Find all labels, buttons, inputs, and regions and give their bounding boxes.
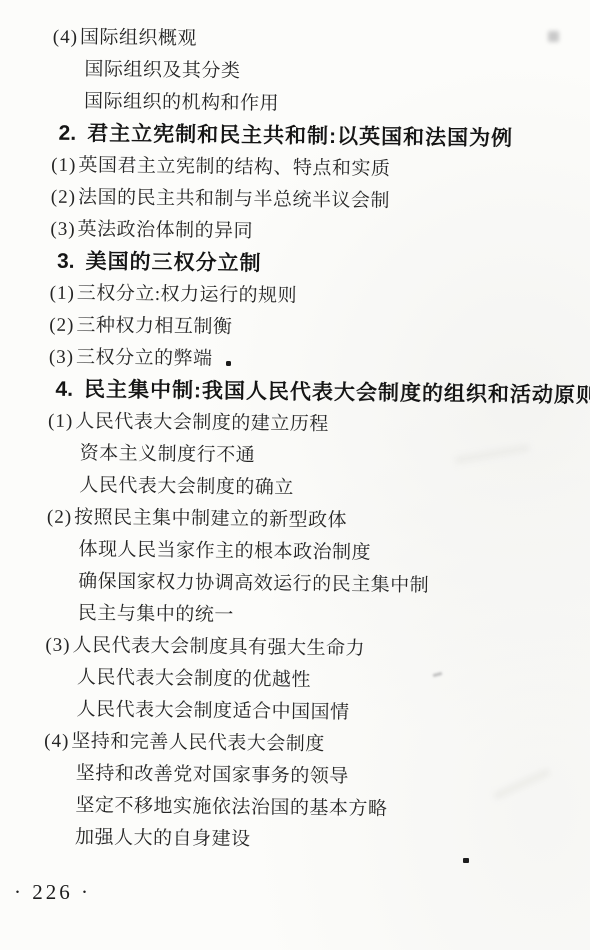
toc-line: 加强人大的自身建设 xyxy=(0,821,580,860)
scanned-book-page: (4)国际组织概观国际组织及其分类国际组织的机构和作用2.君主立宪制和民主共和制… xyxy=(0,0,590,950)
toc-item-marker: 2. xyxy=(58,122,76,145)
toc-item-marker: 3. xyxy=(57,250,75,273)
toc-item-text: 人民代表大会制度的确立 xyxy=(79,475,294,499)
toc-item-text: 国际组织的机构和作用 xyxy=(84,91,279,114)
toc-item-text: 确保国家权力协调高效运行的民主集中制 xyxy=(78,571,429,596)
toc-outline: (4)国际组织概观国际组织及其分类国际组织的机构和作用2.君主立宪制和民主共和制… xyxy=(0,21,590,860)
toc-item-text: 资本主义制度行不通 xyxy=(80,443,256,466)
toc-item-marker: (1) xyxy=(51,155,76,176)
toc-item-text: 三权分立的弊端 xyxy=(76,347,213,370)
toc-item-text: 国际组织及其分类 xyxy=(84,59,240,82)
toc-item-text: 坚持和完善人民代表大会制度 xyxy=(71,731,325,755)
page-number: · 226 · xyxy=(14,880,91,905)
toc-item-marker: (3) xyxy=(50,219,75,240)
toc-item-text: 体现人民当家作主的根本政治制度 xyxy=(78,539,371,564)
stray-ink-dot-bottom-right xyxy=(463,858,469,863)
toc-item-marker: (2) xyxy=(47,507,72,528)
toc-item-marker: 4. xyxy=(55,378,73,401)
toc-item-text: 三种权力相互制衡 xyxy=(76,315,232,338)
toc-item-marker: (1) xyxy=(50,283,75,304)
toc-item-text: 英国君主立宪制的结构、特点和实质 xyxy=(78,155,390,180)
toc-item-text: 君主立宪制和民主共和制:以英国和法国为例 xyxy=(87,122,513,150)
toc-item-marker: (3) xyxy=(45,635,70,656)
toc-item-text: 三权分立:权力运行的规则 xyxy=(77,283,298,307)
toc-item-text: 国际组织概观 xyxy=(80,27,197,49)
toc-item-text: 人民代表大会制度的建立历程 xyxy=(75,411,329,435)
toc-item-text: 坚定不移地实施依法治国的基本方略 xyxy=(75,795,387,820)
toc-item-text: 民主与集中的统一 xyxy=(78,603,234,626)
toc-item-text: 按照民主集中制建立的新型政体 xyxy=(74,507,347,531)
stray-ink-dot-after-item xyxy=(226,361,231,366)
toc-item-text: 英法政治体制的异同 xyxy=(77,219,253,242)
toc-item-text: 美国的三权分立制 xyxy=(85,250,261,275)
toc-item-marker: (2) xyxy=(49,315,74,336)
toc-item-text: 人民代表大会制度的优越性 xyxy=(77,667,311,691)
toc-item-marker: (1) xyxy=(48,411,73,432)
toc-item-marker: (2) xyxy=(51,187,76,208)
toc-item-text: 坚持和改善党对国家事务的领导 xyxy=(76,763,349,787)
toc-item-text: 民主集中制:我国人民代表大会制度的组织和活动原则 xyxy=(84,378,590,407)
toc-item-marker: (4) xyxy=(44,731,69,752)
toc-item-text: 人民代表大会制度具有强大生命力 xyxy=(72,635,365,660)
toc-item-text: 加强人大的自身建设 xyxy=(75,827,251,850)
toc-item-marker: (3) xyxy=(49,347,74,368)
toc-item-text: 法国的民主共和制与半总统半议会制 xyxy=(78,187,390,212)
scan-speck-top-right xyxy=(548,31,559,42)
toc-item-marker: (4) xyxy=(53,27,78,48)
toc-item-text: 人民代表大会制度适合中国国情 xyxy=(76,699,349,723)
